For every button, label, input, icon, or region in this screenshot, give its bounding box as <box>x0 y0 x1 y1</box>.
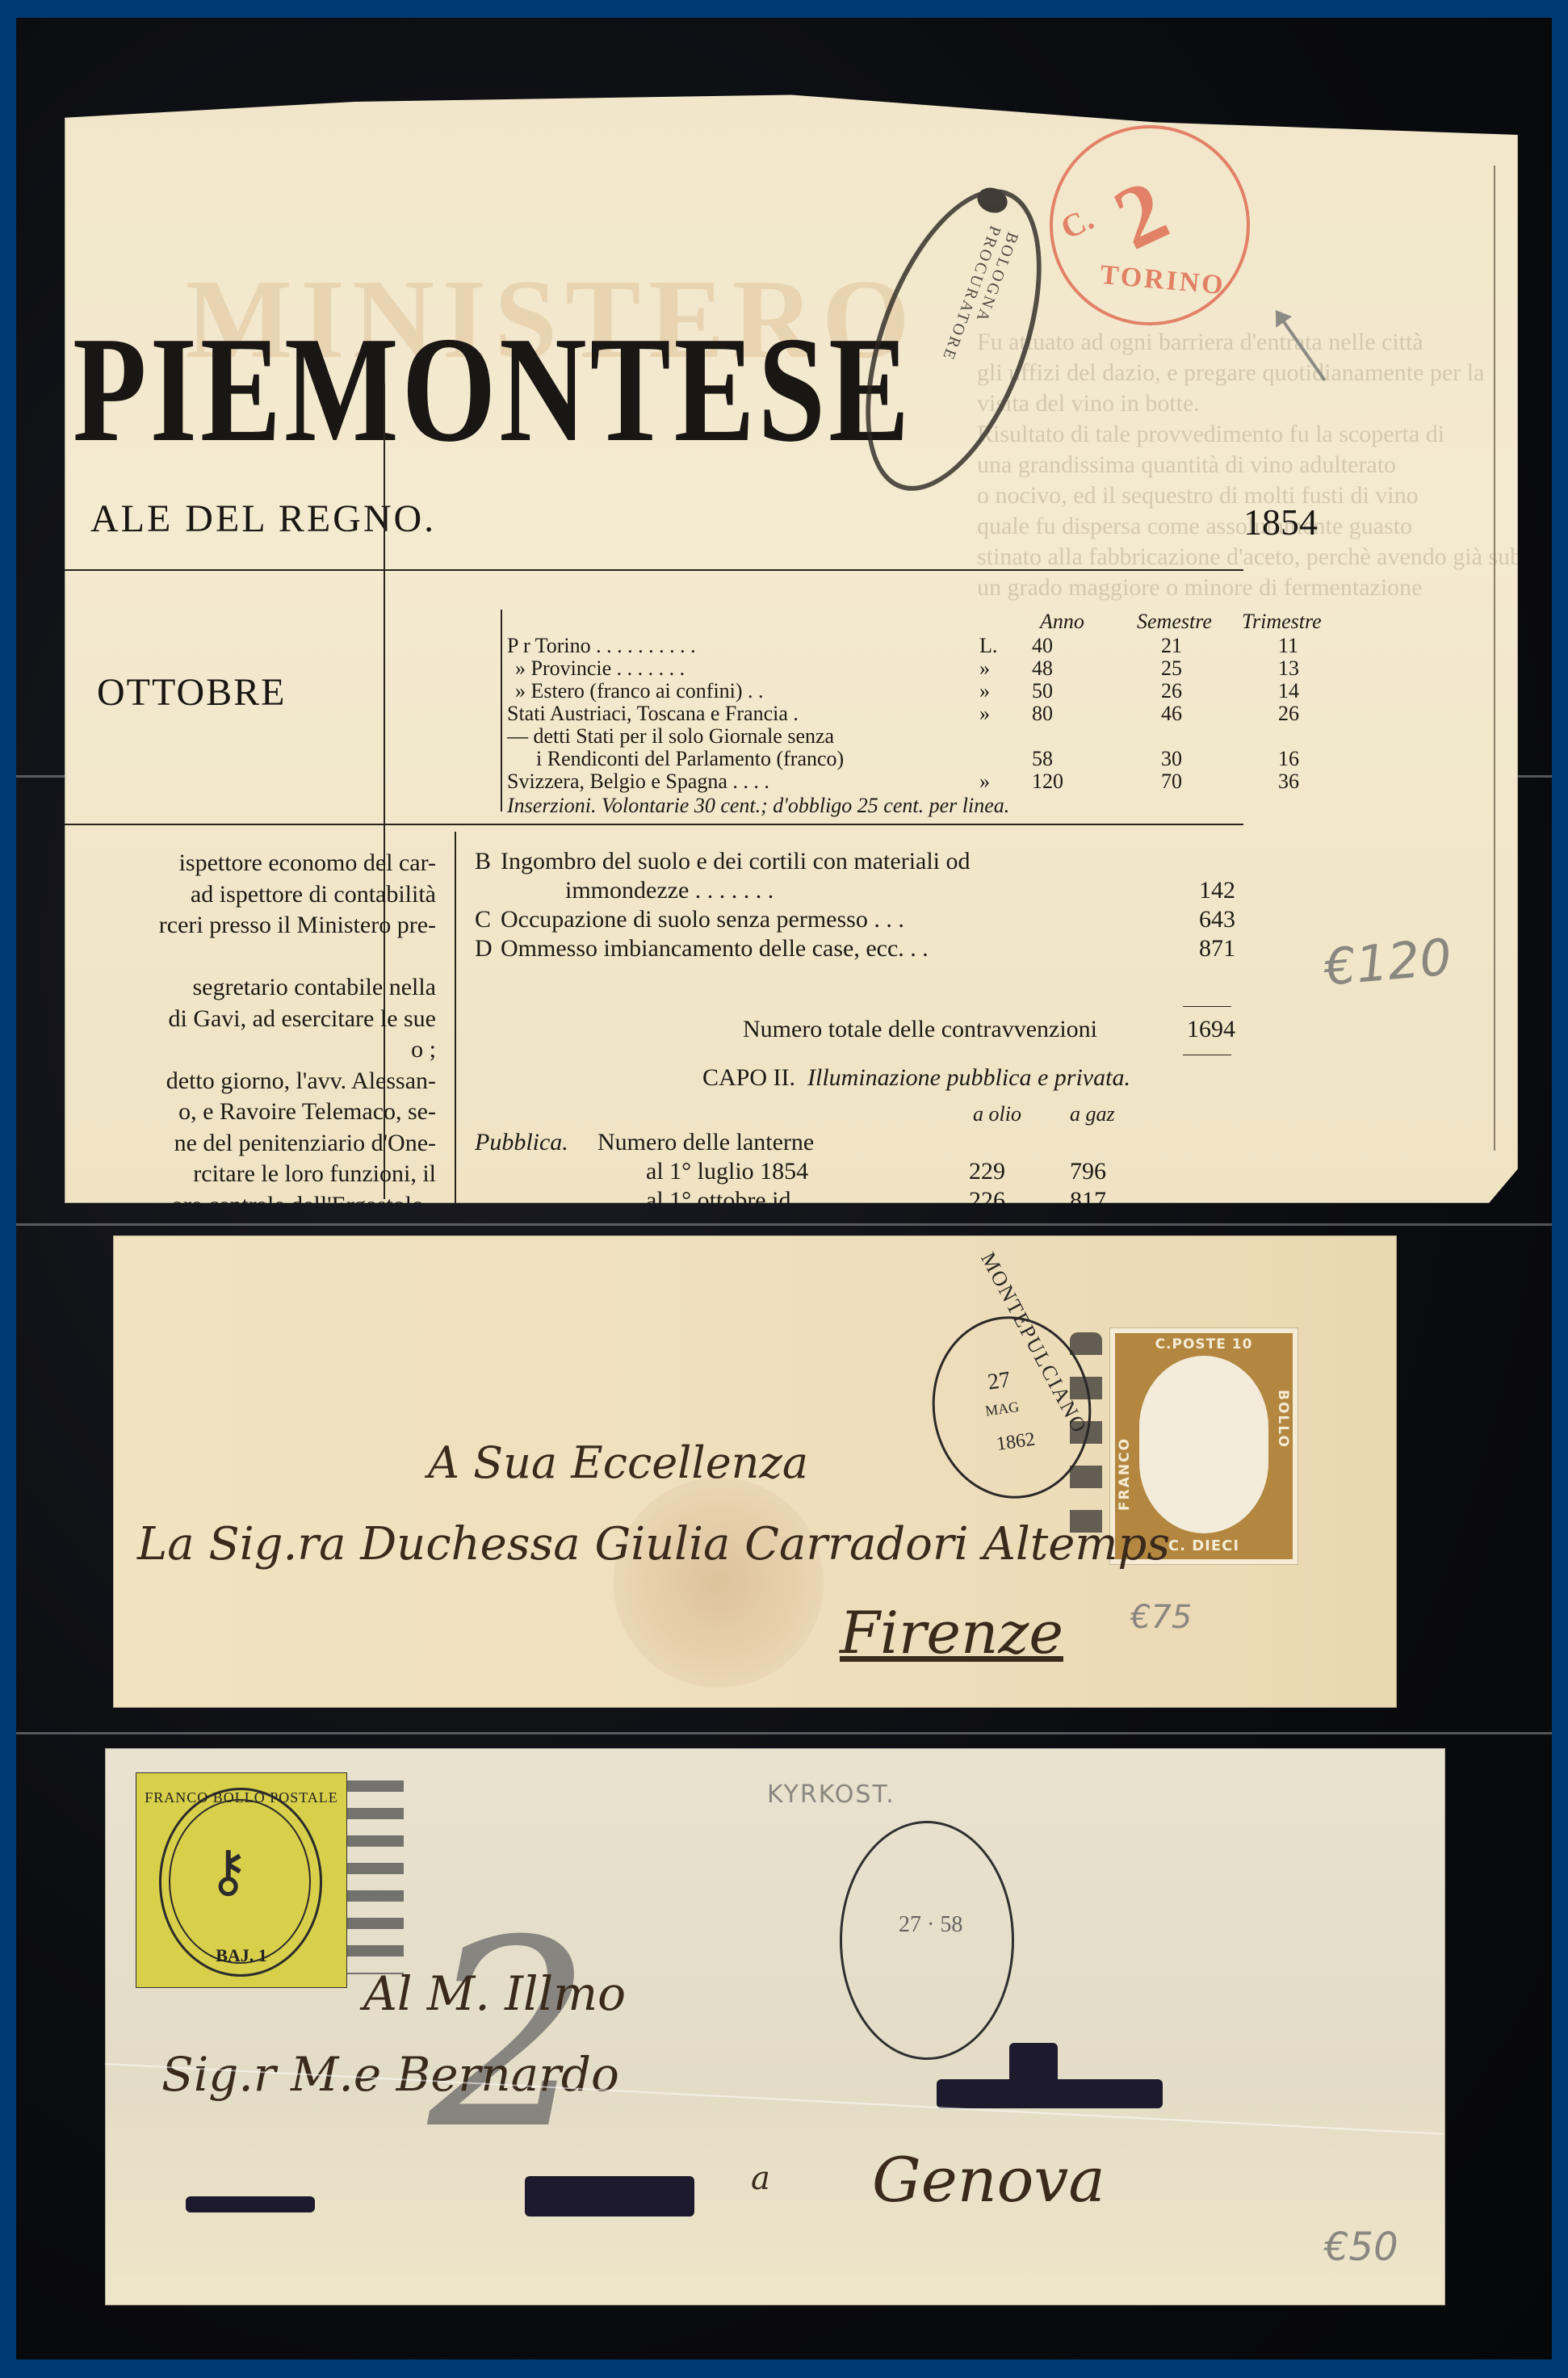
postmark-year: 1862 <box>995 1429 1036 1456</box>
price-unit: » <box>979 702 990 726</box>
column-divider <box>455 832 456 1203</box>
price-anno: 48 <box>1032 656 1053 681</box>
address-city: Firenze <box>840 1599 1063 1667</box>
ink-strikeout <box>186 2196 315 2212</box>
postmark-date: 27 · 58 <box>899 1912 962 1938</box>
price-semestre: 30 <box>1161 747 1182 771</box>
contravvenzione-text: Ingombro del suolo e dei cortili con mat… <box>501 848 971 875</box>
price-row: Stati Austriaci, Toscana e Francia .»804… <box>507 702 1314 726</box>
contravvenzione-text: Ommesso imbiancamento delle case, ecc. .… <box>501 935 929 963</box>
contravvenzione-text: Occupazione di suolo senza permesso . . … <box>501 906 904 933</box>
totale-value: 1694 <box>1171 1016 1235 1043</box>
crossed-keys-icon: ⚷ <box>208 1838 249 1905</box>
price-trimestre: 26 <box>1278 702 1299 726</box>
col-olio: a olio <box>973 1102 1021 1126</box>
price-semestre: 70 <box>1161 770 1182 794</box>
price-semestre: 26 <box>1161 679 1182 703</box>
contravvenzione-letter: C <box>475 906 491 933</box>
col-semestre: Semestre <box>1137 610 1212 634</box>
text-line: ispettore economo del car- <box>65 848 436 879</box>
price-label: i Rendiconti del Parlamento (franco) <box>536 747 844 771</box>
text-line: o, e Ravoire Telemaco, se- <box>65 1097 436 1128</box>
price-semestre: 46 <box>1161 702 1182 726</box>
price-label: » Estero (franco ai confini) . . <box>515 679 764 703</box>
pencil-price: €75 <box>1130 1599 1192 1636</box>
contravvenzione-letter: D <box>475 935 493 963</box>
capo-heading: CAPO II. <box>702 1064 795 1092</box>
manuscript-rate: 2 <box>428 1885 593 2186</box>
lanterne-olio: 229 <box>969 1158 1005 1185</box>
postmark-city: TORINO <box>1099 260 1226 301</box>
ink-strikeout <box>1009 2043 1058 2083</box>
newspaper-gazzetta-piemontese[interactable]: MINISTERO Fu attuato ad ogni barriera d'… <box>65 61 1518 1203</box>
contravvenzione-value: 871 <box>1171 935 1235 963</box>
price-label: Stati Austriaci, Toscana e Francia . <box>507 702 799 726</box>
lanterne-gaz: 796 <box>1070 1158 1106 1185</box>
price-anno: 80 <box>1032 702 1053 726</box>
price-anno: 120 <box>1032 770 1063 794</box>
pubblica-label: Pubblica. <box>475 1129 568 1156</box>
price-unit: » <box>979 679 990 703</box>
cover-montepulciano[interactable]: MONTEPULCIANO 27 MAG 1862 C.POSTE 10 FRA… <box>113 1235 1397 1708</box>
divider <box>65 824 1243 825</box>
papal-states-1-baj-stamp[interactable]: FRANCO BOLLO POSTALE ⚷ BAJ. 1 <box>136 1772 347 1988</box>
totale-label: Numero totale delle contravvenzioni <box>743 1016 1097 1043</box>
contravvenzione-letter: B <box>475 848 491 875</box>
price-anno: 40 <box>1032 634 1053 658</box>
foxing-stain <box>614 1478 824 1688</box>
red-torino-postmark: C. 2 TORINO <box>1017 92 1283 359</box>
price-row: Svizzera, Belgio e Spagna . . . .»120703… <box>507 770 1314 794</box>
col-gaz: a gaz <box>1070 1102 1115 1126</box>
price-trimestre: 11 <box>1278 634 1298 658</box>
postmark-month: MAG <box>984 1399 1021 1420</box>
postmark-day: 27 <box>986 1367 1012 1396</box>
sum-rule <box>1183 1055 1231 1055</box>
stamp-value: BAJ. 1 <box>136 1945 346 1966</box>
text-line: ne del penitenziario d'One- <box>65 1128 436 1160</box>
price-unit: » <box>979 770 990 794</box>
lanterne-label: al 1° luglio 1854 <box>646 1158 808 1185</box>
receiving-postmark: 27 · 58 <box>840 1821 1014 2060</box>
price-anno: 50 <box>1032 679 1053 703</box>
text-line <box>65 942 436 973</box>
price-label: » Provincie . . . . . . . <box>515 656 685 681</box>
price-trimestre: 13 <box>1278 656 1299 681</box>
price-row: — detti Stati per il solo Giornale senza <box>507 724 1314 749</box>
sleeve-strip <box>16 1223 1552 1226</box>
pubblica-text: Numero delle lanterne <box>597 1129 814 1156</box>
price-unit: L. <box>979 634 997 658</box>
col-trimestre: Trimestre <box>1242 610 1322 634</box>
pencil-price: €120 <box>1322 927 1454 996</box>
capo-title: Illuminazione pubblica e privata. <box>807 1064 1130 1092</box>
text-line: rcitare le loro funzioni, il <box>65 1159 436 1190</box>
ink-blot <box>974 183 1011 216</box>
address-prefix: a <box>751 2160 770 2197</box>
stamp-left-label: FRANCO <box>1117 1382 1133 1511</box>
contravvenzione-text: immondezze . . . . . . . <box>565 877 774 904</box>
price-row: » Estero (franco ai confini) . .»502614 <box>507 679 1314 703</box>
stamp-top-label: FRANCO BOLLO POSTALE <box>136 1789 346 1806</box>
table-divider <box>501 610 502 812</box>
address-line-1: Al M. Illmo <box>363 1966 626 2021</box>
address-line-1: A Sua Eccellenza <box>428 1437 808 1488</box>
text-line: segretario contabile nella <box>65 972 436 1004</box>
pencil-price: €50 <box>1324 2225 1398 2270</box>
col-anno: Anno <box>1040 610 1084 634</box>
ink-strikeout <box>525 2176 694 2217</box>
price-label: — detti Stati per il solo Giornale senza <box>507 724 834 749</box>
pencil-note: KYRKOST. <box>767 1780 895 1809</box>
address-line-2: La Sig.ra Duchessa Giulia Carradori Alte… <box>137 1518 1170 1571</box>
price-row: i Rendiconti del Parlamento (franco)5830… <box>507 747 1314 771</box>
stamp-embossed-head <box>1139 1356 1268 1533</box>
address-city: Genova <box>872 2144 1105 2216</box>
price-anno: 58 <box>1032 747 1053 771</box>
issue-date: OTTOBRE <box>97 670 286 715</box>
text-line: rceri presso il Ministero pre- <box>65 910 436 942</box>
contravvenzione-value: 643 <box>1171 906 1235 933</box>
price-trimestre: 36 <box>1278 770 1299 794</box>
postmark-prefix: C. <box>1054 199 1099 247</box>
text-line: ad ispettore di contabilità <box>65 879 436 911</box>
price-trimestre: 14 <box>1278 679 1299 703</box>
contravvenzione-value: 142 <box>1171 877 1235 904</box>
price-row: » Provincie . . . . . . .»482513 <box>507 656 1314 681</box>
stamp-top-label: C.POSTE 10 <box>1115 1336 1293 1353</box>
ink-strikeout <box>937 2079 1163 2108</box>
price-row: P r Torino . . . . . . . . . .L.402111 <box>507 634 1314 658</box>
masthead-year: 1854 <box>1243 501 1318 543</box>
sum-rule <box>1183 1006 1231 1007</box>
divider <box>65 569 1243 571</box>
text-line: o ; <box>65 1034 436 1066</box>
price-label: Svizzera, Belgio e Spagna . . . . <box>507 770 769 794</box>
left-column-text: ispettore economo del car-ad ispettore d… <box>65 848 436 1252</box>
address-line-2: Sig.r M.e Bernardo <box>161 2047 619 2102</box>
sleeve-strip <box>16 1732 1552 1734</box>
price-semestre: 21 <box>1161 634 1182 658</box>
text-line: di Gavi, ad esercitare le sue <box>65 1004 436 1035</box>
price-label: P r Torino . . . . . . . . . . <box>507 634 696 658</box>
cover-genova[interactable]: 2 FRANCO BOLLO POSTALE ⚷ BAJ. 1 KYRKOST.… <box>105 1748 1445 2305</box>
price-unit: » <box>979 656 990 681</box>
masthead-title: PIEMONTESE <box>73 303 912 476</box>
postmark-rate: 2 <box>1099 159 1183 271</box>
bleedthrough-text: Fu attuato ad ogni barriera d'entrata ne… <box>977 327 1548 603</box>
stamp-right-label: BOLLO <box>1275 1390 1291 1511</box>
fold-edge <box>1494 166 1495 1151</box>
text-line: detto giorno, l'avv. Alessan- <box>65 1066 436 1097</box>
price-trimestre: 16 <box>1278 747 1299 771</box>
price-semestre: 25 <box>1161 656 1182 681</box>
dotted-cancel <box>1070 1332 1102 1542</box>
inserzioni-note: Inserzioni. Volontarie 30 cent.; d'obbli… <box>507 794 1009 818</box>
